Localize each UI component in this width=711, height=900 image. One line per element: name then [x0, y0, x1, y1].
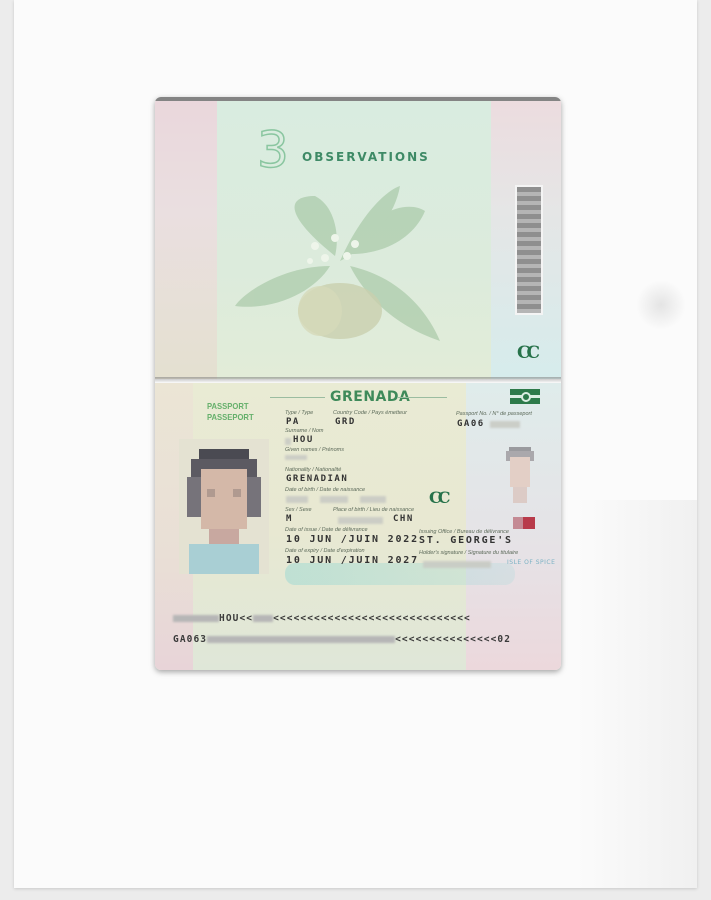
- surname-value: HOU: [293, 435, 314, 445]
- data-page: GRENADA PASSPORT PASSEPORT Type / Type P…: [155, 383, 561, 670]
- passport-label-en: PASSPORT: [207, 401, 249, 411]
- mrz-line-1-name: HOU<<: [219, 613, 253, 624]
- country-code-label: Country Code / Pays émetteur: [333, 410, 407, 416]
- passport-booklet: 3 OBSERVATIONS CC GRENADA: [155, 97, 561, 670]
- ghost-photo-pixelated: [501, 445, 539, 510]
- holder-signature-label: Holder's signature / Signature du titula…: [419, 550, 518, 556]
- date-of-expiry-value: 10 JUN /JUIN 2027: [286, 555, 419, 566]
- mrz-line-2-prefix: GA063: [173, 634, 207, 645]
- redacted-barcode: [515, 185, 543, 315]
- type-value: PA: [286, 417, 300, 427]
- redacted-dob-month: [320, 496, 348, 503]
- given-names-label: Given names / Prénoms: [285, 447, 344, 453]
- caricom-logo: CC: [517, 343, 536, 363]
- redacted-dob-year: [360, 496, 386, 503]
- redacted-surname-part: [285, 438, 291, 445]
- nutmeg-flower-watermark-icon: [225, 176, 455, 356]
- isle-of-spice-text: ISLE OF SPICE: [507, 559, 555, 566]
- mrz-line-1-fill: <<<<<<<<<<<<<<<<<<<<<<<<<<<<<: [273, 613, 471, 624]
- hologram-mark-icon: [513, 515, 535, 529]
- passport-no-value: GA06: [457, 419, 485, 429]
- redacted-place-of-birth: [338, 517, 383, 524]
- redacted-mrz: [253, 615, 273, 622]
- redacted-dob-day: [286, 496, 308, 503]
- nationality-label: Nationality / Nationalité: [285, 467, 341, 473]
- type-label: Type / Type: [285, 410, 313, 416]
- redacted-signature: [423, 561, 491, 568]
- sex-value: M: [286, 514, 293, 524]
- redacted-given-names: [285, 455, 307, 460]
- observations-title: OBSERVATIONS: [302, 150, 430, 164]
- security-strip-left: [155, 101, 217, 379]
- paper-shading: [577, 500, 697, 888]
- issuing-office-value: ST. GEORGE'S: [419, 535, 513, 546]
- country-code-value: GRD: [335, 417, 356, 427]
- flag-emblem-icon: [510, 389, 540, 404]
- mrz-line-2-suffix: 02: [497, 634, 511, 645]
- redacted-mrz: [173, 615, 219, 622]
- observations-page: 3 OBSERVATIONS CC: [155, 101, 561, 379]
- title-rule: [397, 397, 447, 398]
- redacted-passport-no: [490, 421, 520, 428]
- mrz-line-2: GA063<<<<<<<<<<<<<<<02: [173, 634, 511, 645]
- date-of-issue-value: 10 JUN /JUIN 2022: [286, 534, 419, 545]
- caricom-logo: CC: [429, 488, 446, 507]
- nationality-value: GRENADIAN: [286, 474, 348, 484]
- scan-smudge: [636, 280, 686, 330]
- place-of-birth-label: Place of birth / Lieu de naissance: [333, 507, 414, 513]
- mrz-line-1: HOU<<<<<<<<<<<<<<<<<<<<<<<<<<<<<<<: [173, 613, 471, 624]
- passport-label-fr: PASSEPORT: [207, 412, 254, 422]
- redacted-mrz: [207, 636, 395, 643]
- mrz-line-2-fill: <<<<<<<<<<<<<<<: [395, 634, 497, 645]
- date-of-issue-label: Date of issue / Date de délivrance: [285, 527, 368, 533]
- holder-photo-pixelated: [179, 439, 269, 574]
- place-of-birth-value: CHN: [393, 514, 414, 524]
- page-number: 3: [257, 125, 289, 175]
- sex-label: Sex / Sexe: [285, 507, 312, 513]
- surname-label: Surname / Nom: [285, 428, 324, 434]
- passport-no-label: Passport No. / N° de passeport: [456, 411, 532, 417]
- title-rule: [270, 397, 325, 398]
- date-of-birth-label: Date of birth / Date de naissance: [285, 487, 365, 493]
- date-of-expiry-label: Date of expiry / Date d'expiration: [285, 548, 365, 554]
